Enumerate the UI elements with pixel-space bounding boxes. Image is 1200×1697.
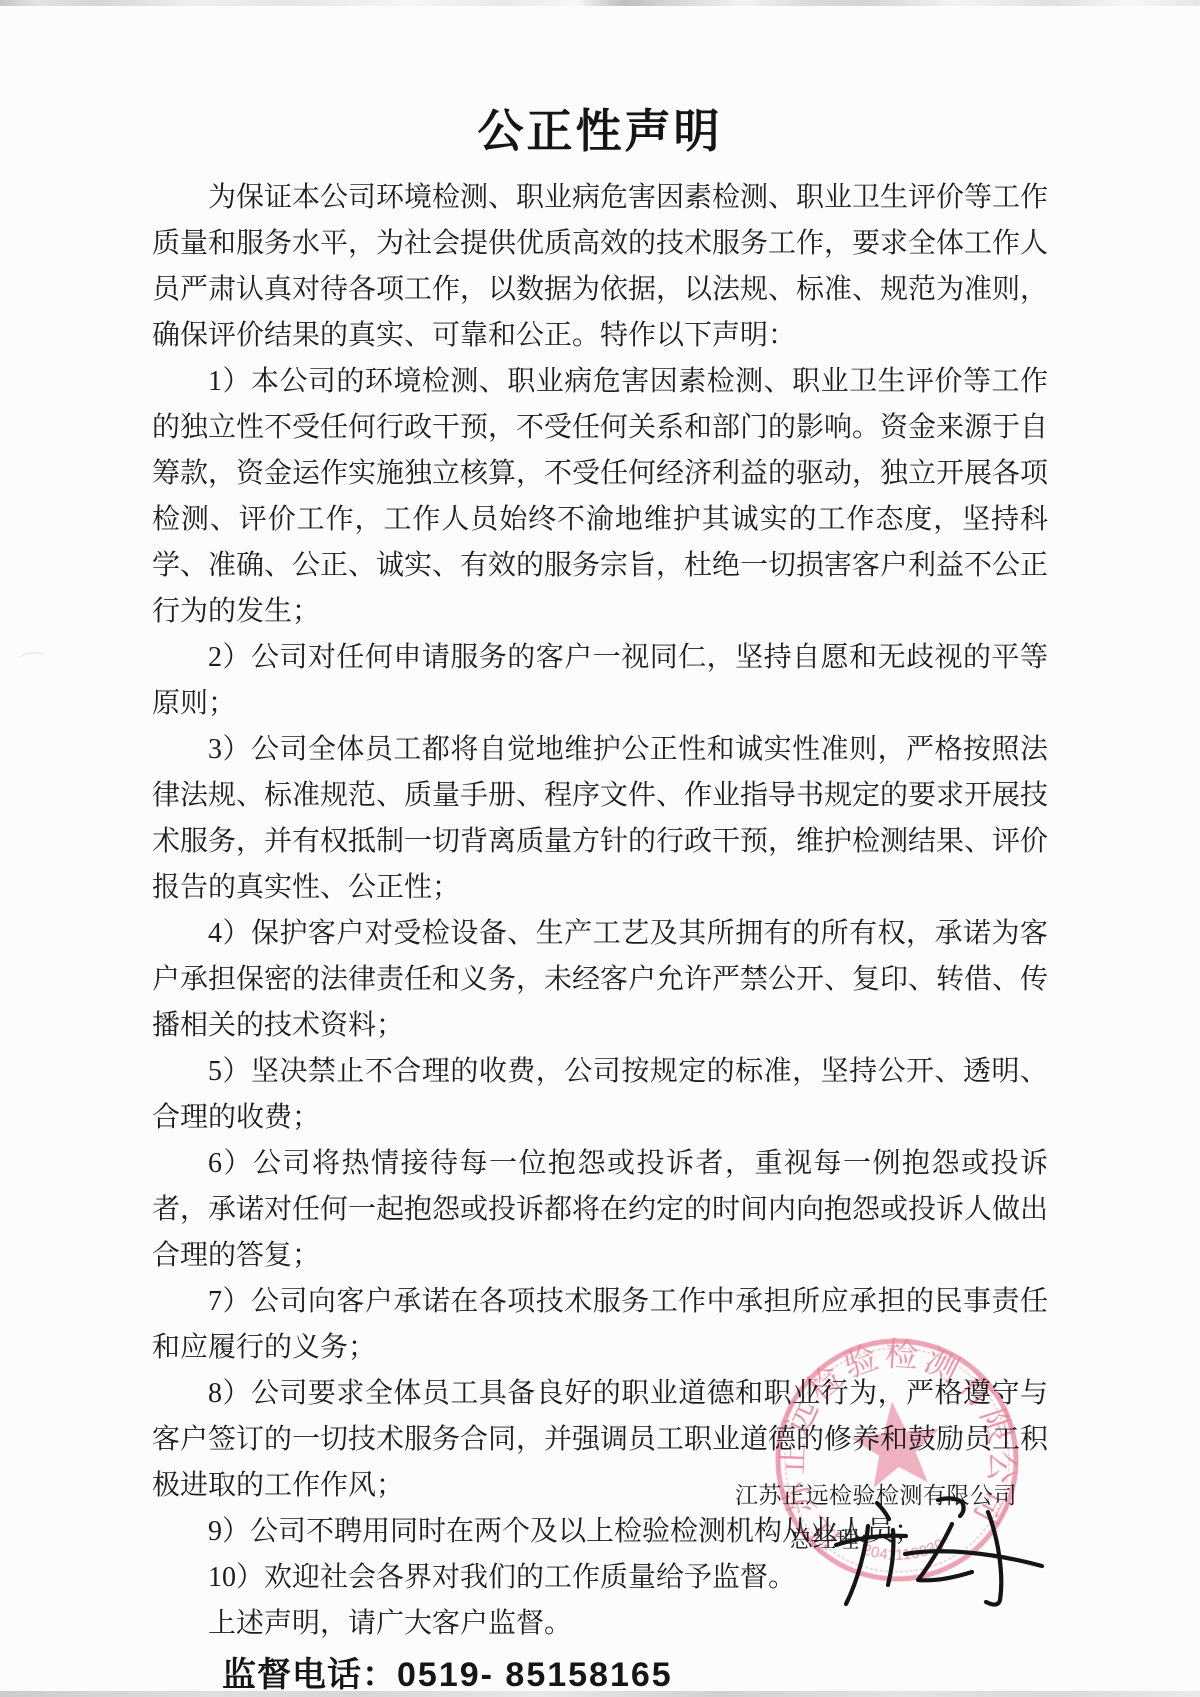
paragraph: 1）本公司的环境检测、职业病危害因素检测、职业卫生评价等工作的独立性不受任何行政… <box>152 359 1048 635</box>
document-content: 公正性声明 为保证本公司环境检测、职业病危害因素检测、职业卫生评价等工作质量和服… <box>0 0 1200 1697</box>
paragraph: 5）坚决禁止不合理的收费，公司按规定的标准，坚持公开、透明、合理的收费； <box>152 1049 1048 1141</box>
document-title: 公正性声明 <box>152 104 1048 159</box>
supervision-phone-line: 监督电话：0519- 85158165 <box>222 1651 1048 1697</box>
supervision-phone-label: 监督电话： <box>222 1656 397 1694</box>
paragraph: 为保证本公司环境检测、职业病危害因素检测、职业卫生评价等工作质量和服务水平，为社… <box>152 175 1048 359</box>
paragraph: 6）公司将热情接待每一位抱怨或投诉者，重视每一例抱怨或投诉者，承诺对任何一起抱怨… <box>152 1141 1048 1279</box>
paragraph: 4）保护客户对受检设备、生产工艺及其所拥有的所有权，承诺为客户承担保密的法律责任… <box>152 911 1048 1049</box>
paragraph: 7）公司向客户承诺在各项技术服务工作中承担所应承担的民事责任和应履行的义务； <box>152 1279 1048 1371</box>
document-page: 公正性声明 为保证本公司环境检测、职业病危害因素检测、职业卫生评价等工作质量和服… <box>0 0 1200 1697</box>
paragraph: 2）公司对任何申请服务的客户一视同仁，坚持自愿和无歧视的平等原则； <box>152 635 1048 727</box>
general-manager-signature <box>830 1488 1050 1623</box>
supervision-phone-number: 0519- 85158165 <box>397 1656 673 1694</box>
paragraph: 3）公司全体员工都将自觉地维护公正性和诚实性准则，严格按照法律法规、标准规范、质… <box>152 727 1048 911</box>
document-body: 为保证本公司环境检测、职业病危害因素检测、职业卫生评价等工作质量和服务水平，为社… <box>152 175 1048 1697</box>
